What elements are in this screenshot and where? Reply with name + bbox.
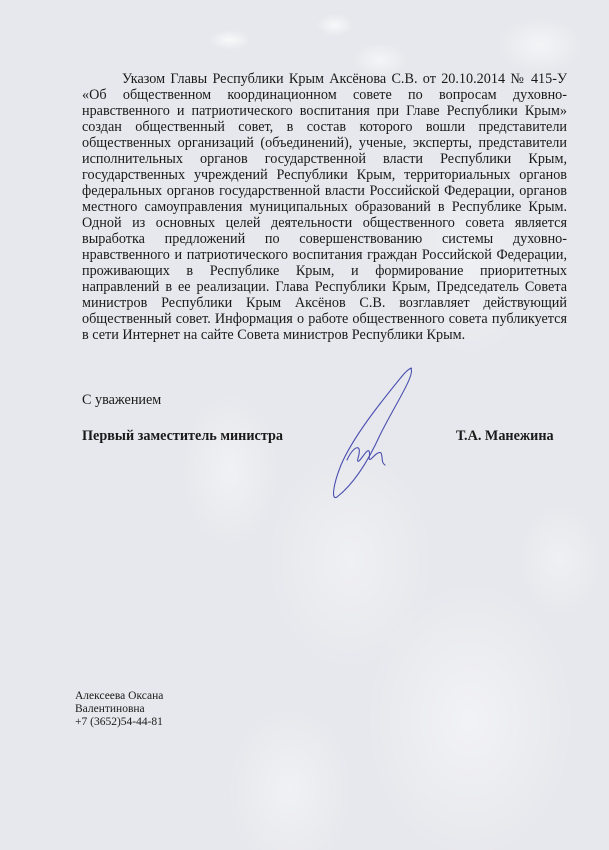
letter-body-paragraph: Указом Главы Республики Крым Аксёнова С.… [82,71,567,343]
contact-phone: +7 (3652)54-44-81 [75,716,163,729]
contact-block: Алексеева Оксана Валентиновна +7 (3652)5… [75,690,163,729]
letter-body-text: Указом Главы Республики Крым Аксёнова С.… [82,71,567,343]
handwritten-signature-icon [325,365,425,505]
signer-role: Первый заместитель министра [82,428,283,444]
contact-name-line1: Алексеева Оксана [75,690,163,703]
signer-name: Т.А. Манежина [456,428,554,444]
contact-name-line2: Валентиновна [75,703,163,716]
closing-salutation: С уважением [82,392,161,408]
